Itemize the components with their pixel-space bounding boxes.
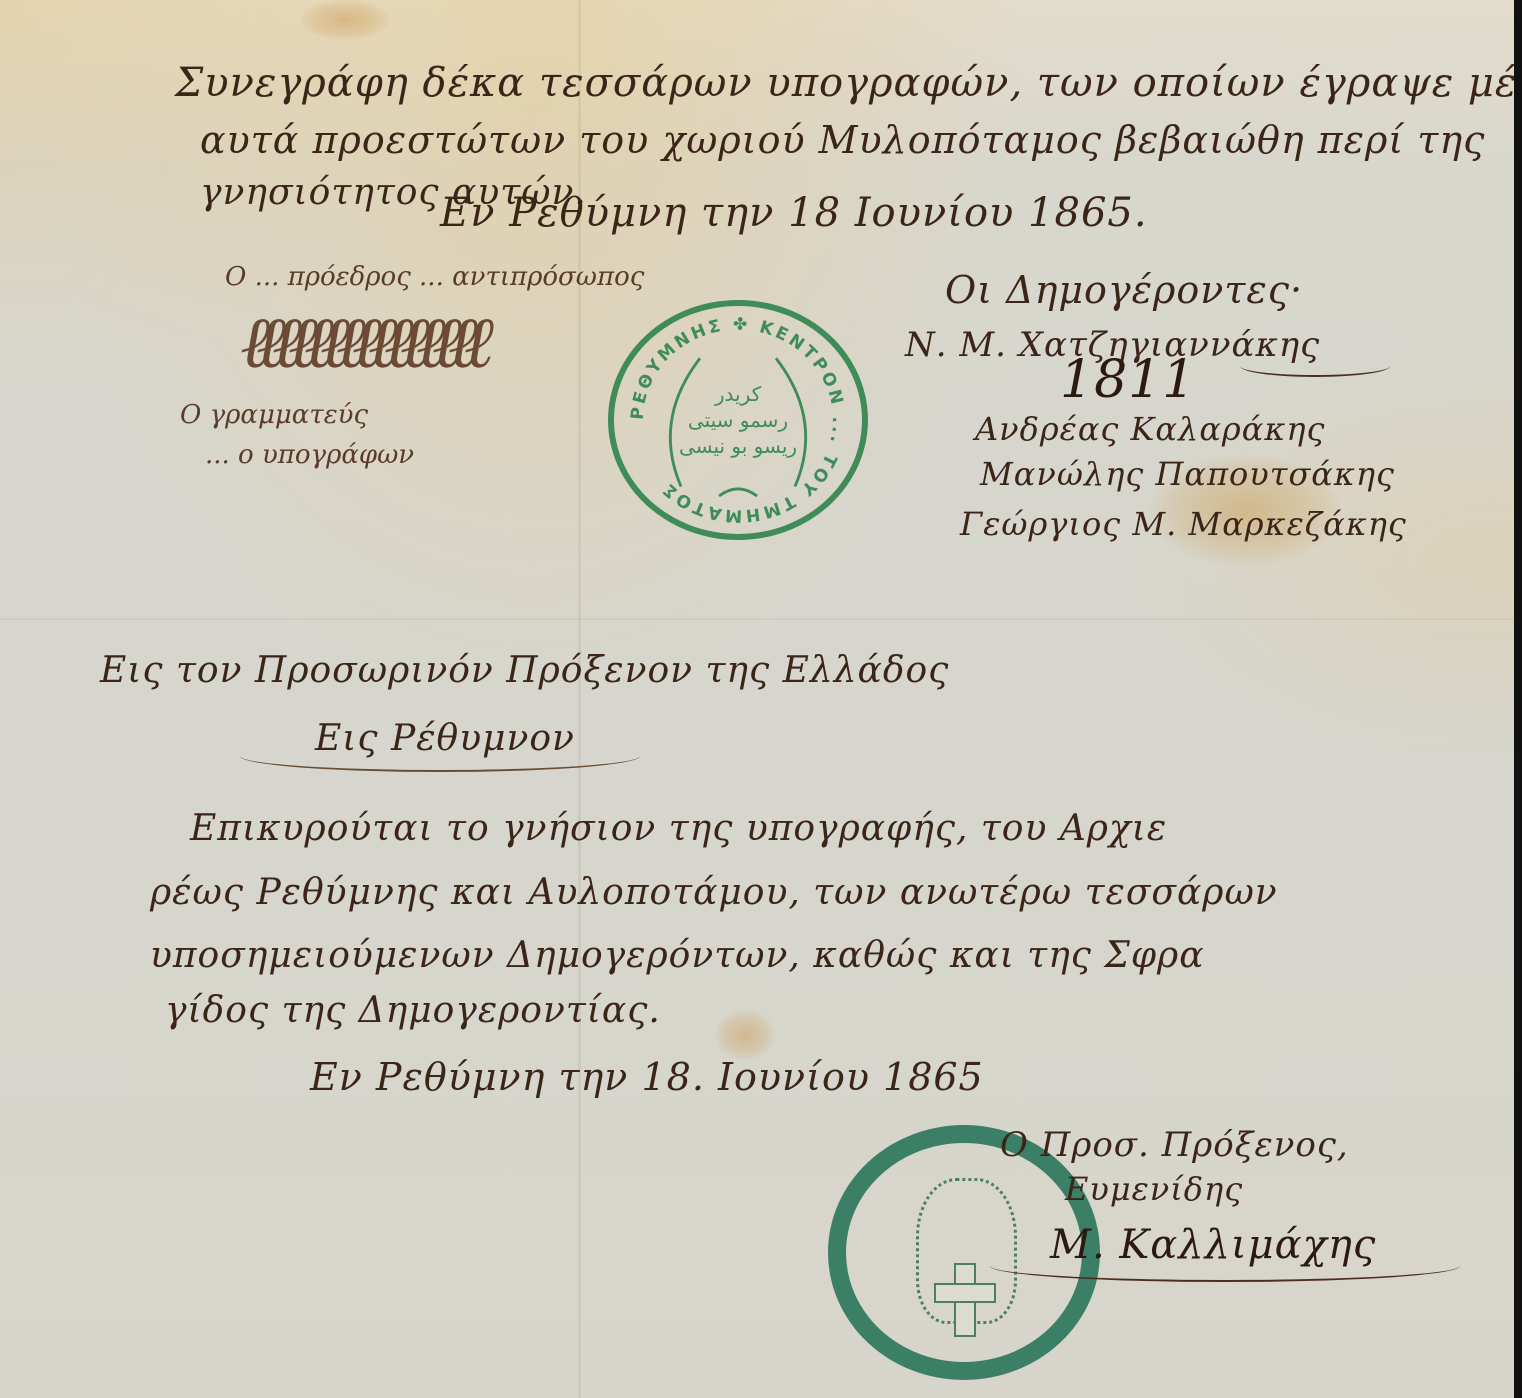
left-signature-scribble: ℓℓℓℓℓℓℓℓℓℓℓℓℓℓℓ <box>240 300 480 385</box>
document-page: Συνεγράφη δέκα τεσσάρων υπογραφών, των ο… <box>0 0 1522 1398</box>
paragraph-1-line-1: Συνεγράφη δέκα τεσσάρων υπογραφών, των ο… <box>175 60 1517 106</box>
paragraph-1-date: Εν Ρεθύμνη την 18 Ιουνίου 1865. <box>440 190 1148 236</box>
cross-bar <box>934 1283 996 1303</box>
municipal-seal: ΡΕΘΥΜΝΗΣ ✤ ΚΕΝΤΡΟΝ ... ΤΟΥ ΤΜΗΜΑΤΟΣ کرید… <box>608 300 868 540</box>
demogerontes-heading: Οι Δημογέροντες· <box>945 268 1303 312</box>
signature-flourish <box>990 1250 1460 1282</box>
paragraph-1-line-2: αυτά προεστώτων του χωριού Μυλοπόταμος β… <box>200 118 1485 162</box>
paragraph-2-line-4: γίδος της Δημογεροντίας. <box>165 990 661 1031</box>
paper-stain <box>300 0 390 40</box>
paragraph-2-line-3: υποσημειούμενων Δημογερόντων, καθώς και … <box>150 935 1205 976</box>
signature-line-2: Ανδρέας Καλαράκης <box>975 410 1325 448</box>
left-signature-top: Ο ... πρόεδρος ... αντιπρόσωπος <box>225 262 644 292</box>
closing-title: Ο Προσ. Πρόξενος, <box>1000 1125 1349 1165</box>
seal-center-text: کریدر رسمو سیتی ریسو بو نیسی <box>679 381 797 459</box>
scan-edge <box>1514 0 1522 1398</box>
closing-name: Ευμενίδης <box>1065 1170 1243 1208</box>
signature-year-mark: 1811 <box>1060 350 1196 410</box>
signature-line-3: Μανώλης Παπουτσάκης <box>980 455 1395 493</box>
paragraph-2-line-1: Επικυρούται το γνήσιον της υπογραφής, το… <box>190 808 1167 849</box>
signature-line-4: Γεώργιος Μ. Μαρκεζάκης <box>960 505 1407 543</box>
address-line-1: Εις τον Προσωρινόν Πρόξενον της Ελλάδος <box>100 650 949 691</box>
paragraph-2-date: Εν Ρεθύμνη την 18. Ιουνίου 1865 <box>310 1055 984 1099</box>
paper-stain <box>715 1010 775 1060</box>
left-signature-line-1: Ο γραμματεύς <box>180 400 368 430</box>
address-underline <box>240 740 640 772</box>
signature-swash <box>1240 355 1390 377</box>
left-signature-line-2: ... ο υπογράφων <box>205 440 414 470</box>
paragraph-2-line-2: ρέως Ρεθύμνης και Αυλοποτάμου, των ανωτέ… <box>150 872 1278 913</box>
paper-fold-horizontal <box>0 618 1522 620</box>
